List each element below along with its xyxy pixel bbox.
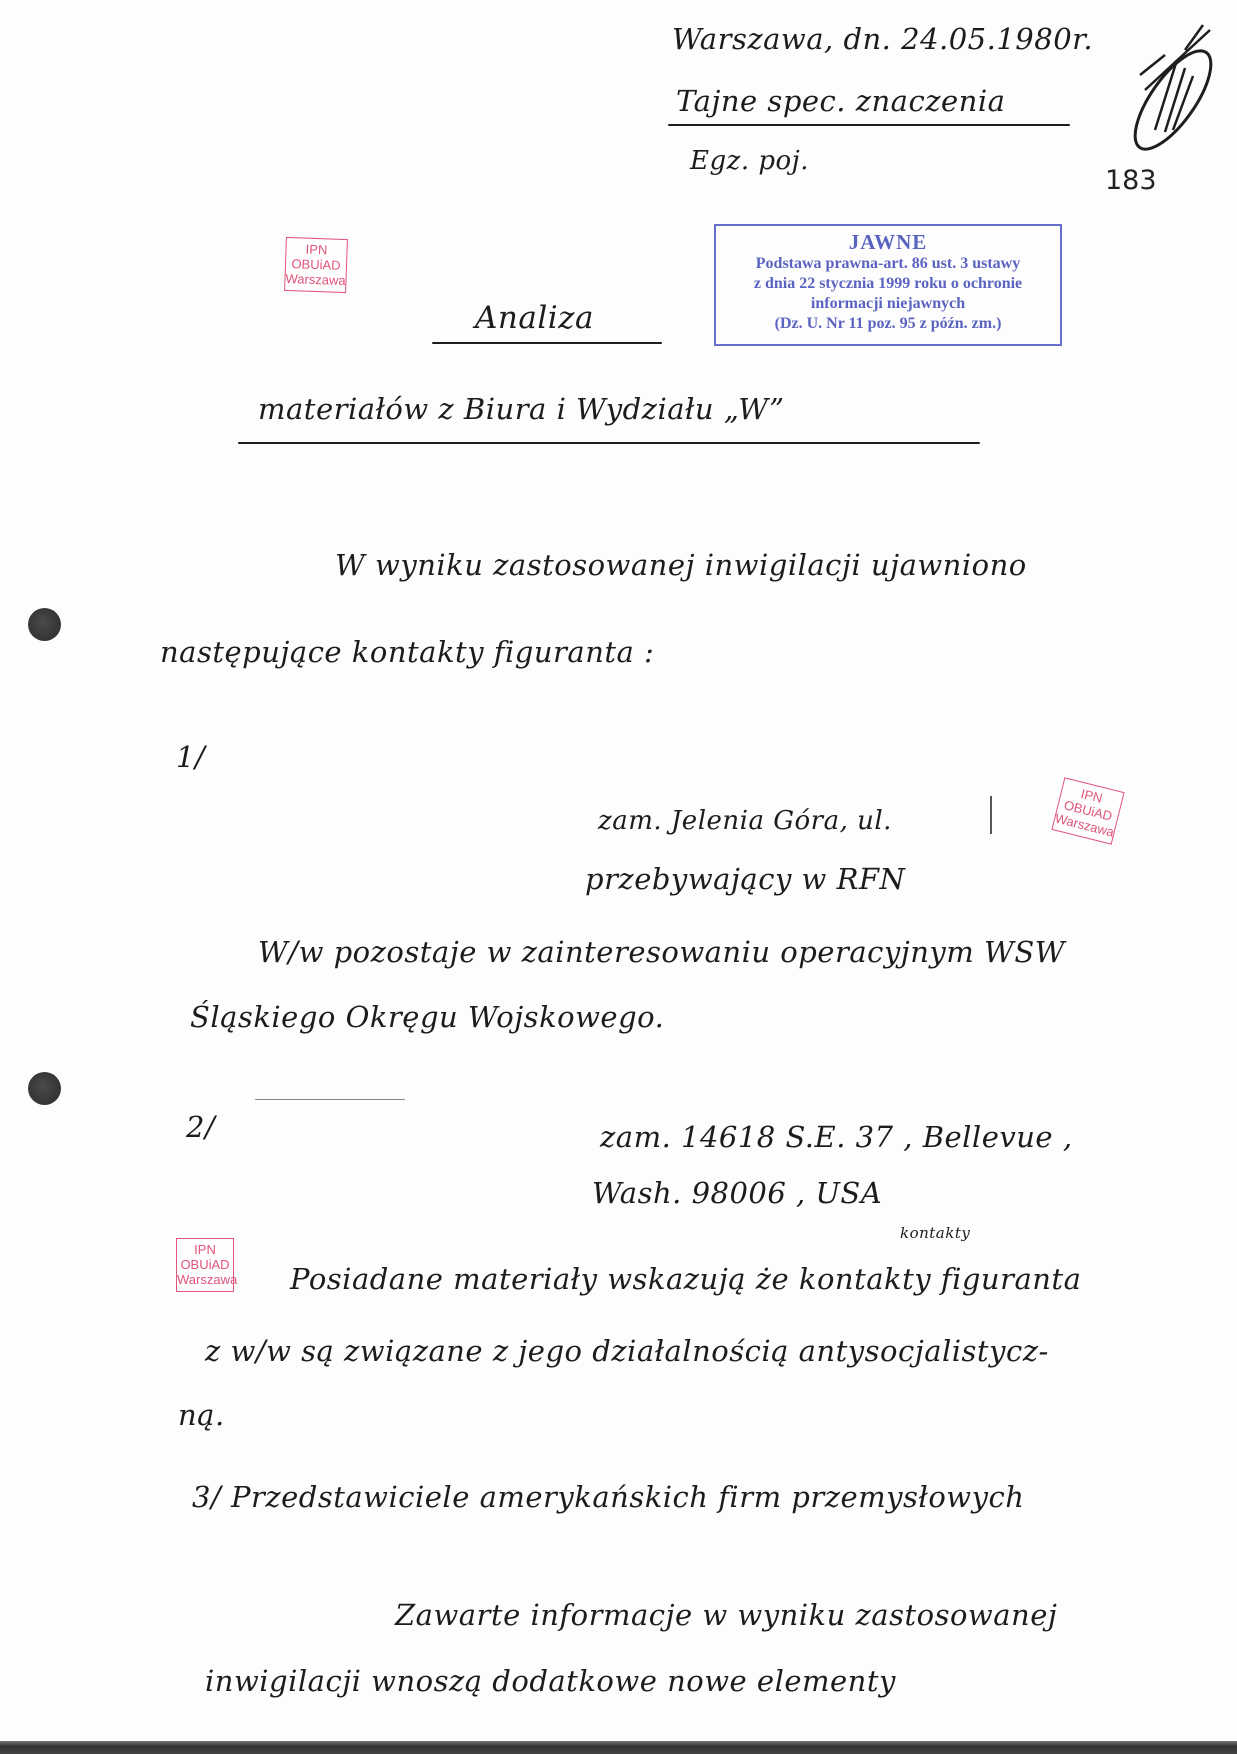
margin-mark [990, 796, 992, 834]
item-1-address-2: przebywający w RFN [585, 862, 905, 896]
item-1-note-1: W/w pozostaje w zainteresowaniu operacyj… [258, 935, 1065, 969]
stamp-title: JAWNE [716, 230, 1060, 254]
document-title: Analiza [475, 300, 594, 336]
document-page: Warszawa, dn. 24.05.1980r. Tajne spec. z… [0, 0, 1237, 1754]
inserted-word: kontakty [900, 1224, 970, 1242]
place-date: Warszawa, dn. 24.05.1980r. [672, 22, 1093, 56]
intro-line-2: następujące kontakty figuranta : [160, 635, 654, 669]
subtitle-underline [238, 442, 980, 444]
classification-mark: Tajne spec. znaczenia [676, 84, 1005, 118]
item-2-address-2: Wash. 98006 , USA [592, 1176, 882, 1210]
item-1-number: 1/ [176, 740, 205, 774]
item-1-address-1: zam. Jelenia Góra, ul. [598, 806, 892, 836]
item-2-note-1: Posiadane materiały wskazują że kontakty… [290, 1262, 1081, 1296]
item-2-note-2: z w/w są związane z jego działalnością a… [205, 1334, 1049, 1368]
folio-number: 183 [1105, 165, 1157, 196]
ipn-stamp: IPN OBUiAD Warszawa [284, 237, 348, 293]
document-subtitle: materiałów z Biura i Wydziału „W” [258, 392, 784, 426]
intro-line-1: W wyniku zastosowanej inwigilacji ujawni… [335, 548, 1027, 582]
closing-line-1: Zawarte informacje w wyniku zastosowanej [395, 1598, 1057, 1632]
item-3-text: 3/ Przedstawiciele amerykańskich firm pr… [192, 1480, 1024, 1514]
punch-hole [28, 1072, 61, 1105]
item-1-note-2: Śląskiego Okręgu Wojskowego. [190, 1000, 664, 1034]
redaction-line [255, 1099, 405, 1100]
signature-icon [1115, 20, 1230, 155]
item-2-address-1: zam. 14618 S.E. 37 , Bellevue , [600, 1120, 1073, 1154]
ipn-stamp: IPN OBUiAD Warszawa [176, 1238, 234, 1292]
declassification-stamp: JAWNE Podstawa prawna-art. 86 ust. 3 ust… [714, 224, 1062, 346]
title-underline [432, 342, 662, 344]
copy-note: Egz. poj. [690, 146, 809, 176]
closing-line-2: inwigilacji wnoszą dodatkowe nowe elemen… [205, 1664, 896, 1698]
item-2-note-3: ną. [178, 1398, 225, 1432]
item-2-number: 2/ [186, 1110, 215, 1144]
ipn-stamp: IPN OBUiAD Warszawa [1051, 777, 1124, 844]
punch-hole [28, 608, 61, 641]
scan-bottom-edge [0, 1741, 1237, 1754]
classification-underline [668, 124, 1070, 126]
